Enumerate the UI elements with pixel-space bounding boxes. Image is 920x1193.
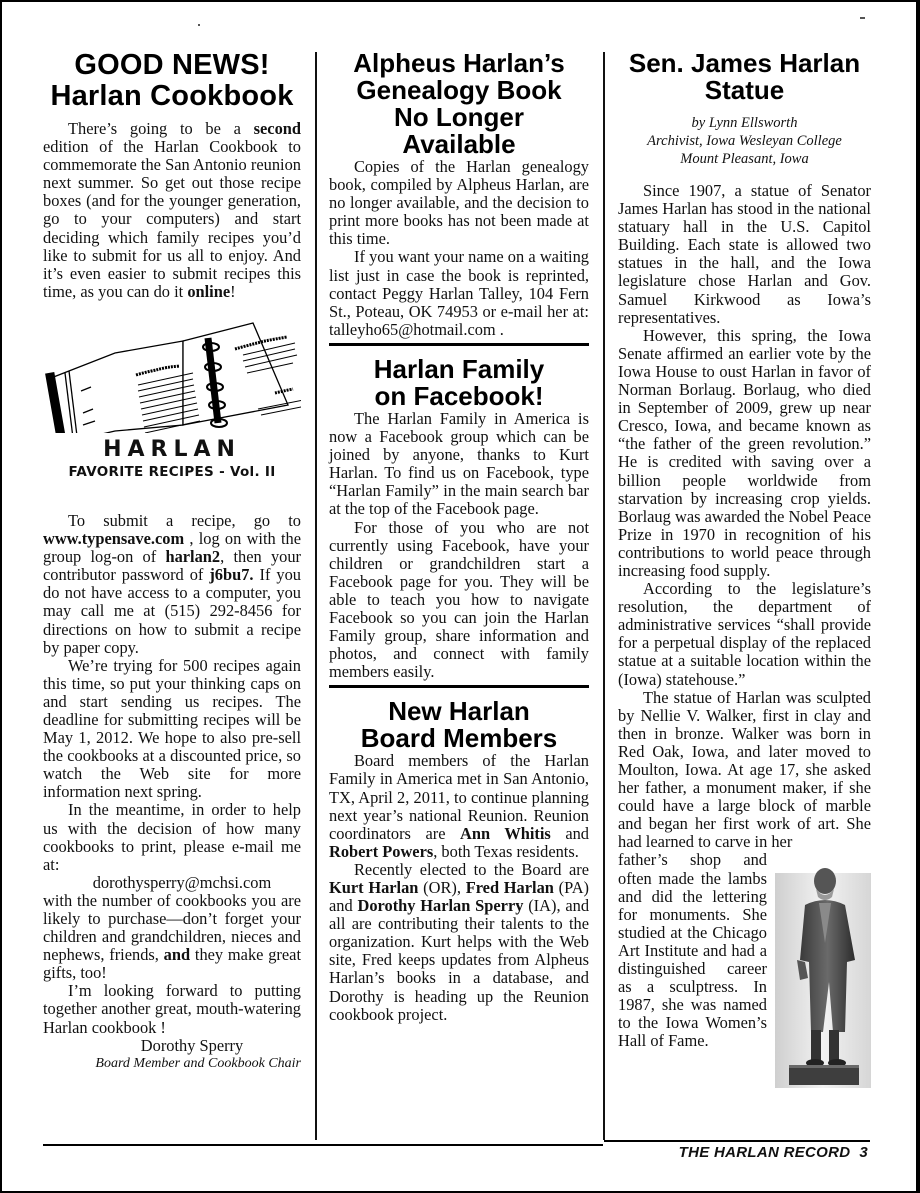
byline-role: Archivist, Iowa Wesleyan College <box>618 132 871 150</box>
print-speck <box>198 24 200 26</box>
statue-title: Sen. James Harlan Statue <box>618 50 871 104</box>
board-title: New Harlan Board Members <box>329 698 589 752</box>
cookbook-paragraph: with the number of cookbooks you are lik… <box>43 892 301 982</box>
email-link[interactable]: dorothysperry@mchsi.com <box>43 874 301 892</box>
cookbook-paragraph: In the meantime, in order to help us wit… <box>43 801 301 873</box>
facebook-paragraph: The Harlan Family in America is now a Fa… <box>329 410 589 519</box>
byline-location: Mount Pleasant, Iowa <box>618 150 871 168</box>
page-number: 3 <box>859 1144 868 1161</box>
cookbook-paragraph: We’re trying for 500 recipes again this … <box>43 657 301 802</box>
recipe-binder-icon <box>43 313 301 433</box>
column-rule <box>315 52 317 1140</box>
title-line: Harlan Cookbook <box>50 80 293 112</box>
genealogy-title: Alpheus Harlan’s Genealogy Book No Longe… <box>329 50 589 158</box>
middle-column: Alpheus Harlan’s Genealogy Book No Longe… <box>329 50 589 1024</box>
footer-rule <box>43 1144 603 1146</box>
signature-title: Board Member and Cookbook Chair <box>43 1055 301 1073</box>
statue-paragraph: Since 1907, a statue of Senator James Ha… <box>618 182 871 327</box>
facebook-title: Harlan Family on Facebook! <box>329 356 589 410</box>
signature-name: Dorothy Sperry <box>43 1037 301 1055</box>
facebook-article: Harlan Family on Facebook! The Harlan Fa… <box>329 356 589 681</box>
facebook-paragraph: For those of you who are not currently u… <box>329 519 589 682</box>
cookbook-title: GOOD NEWS! Harlan Cookbook <box>43 50 301 112</box>
board-paragraph: Recently elected to the Board are Kurt H… <box>329 861 589 1024</box>
footer-rule <box>604 1140 870 1142</box>
genealogy-article: Alpheus Harlan’s Genealogy Book No Longe… <box>329 50 589 339</box>
website-link[interactable]: www.typensave.com <box>43 529 184 548</box>
byline: by Lynn Ellsworth Archivist, Iowa Wesley… <box>618 114 871 168</box>
section-divider <box>329 685 589 688</box>
statue-paragraph: However, this spring, the Iowa Senate af… <box>618 327 871 580</box>
statue-photo <box>775 855 871 1088</box>
section-divider <box>329 343 589 346</box>
genealogy-paragraph: If you want your name on a waiting list … <box>329 248 589 338</box>
statue-article: Sen. James Harlan Statue by Lynn Ellswor… <box>618 50 871 1088</box>
cookbook-logo-subtitle: FAVORITE RECIPES - Vol. II <box>43 464 301 480</box>
statue-paragraph: The statue of Harlan was sculpted by Nel… <box>618 689 871 852</box>
cookbook-paragraph: To submit a recipe, go to www.typensave.… <box>43 512 301 657</box>
cookbook-paragraph: I’m looking forward to putting together … <box>43 982 301 1036</box>
column-rule <box>603 52 605 1140</box>
print-speck <box>860 17 865 19</box>
title-line: GOOD NEWS! <box>74 49 269 81</box>
page-edge <box>916 0 920 1193</box>
publication-name: THE HARLAN RECORD <box>679 1144 851 1161</box>
running-footer: THE HARLAN RECORD 3 <box>679 1144 868 1161</box>
board-paragraph: Board members of the Harlan Family in Am… <box>329 752 589 861</box>
cookbook-logo-title: HARLAN <box>43 437 301 462</box>
board-article: New Harlan Board Members Board members o… <box>329 698 589 1023</box>
statue-paragraph: According to the legislature’s resolutio… <box>618 580 871 689</box>
cookbook-article: GOOD NEWS! Harlan Cookbook There’s going… <box>43 50 301 1073</box>
cookbook-paragraph: There’s going to be a second edition of … <box>43 120 301 301</box>
byline-author: by Lynn Ellsworth <box>618 114 871 132</box>
genealogy-paragraph: Copies of the Harlan genealogy book, com… <box>329 158 589 248</box>
